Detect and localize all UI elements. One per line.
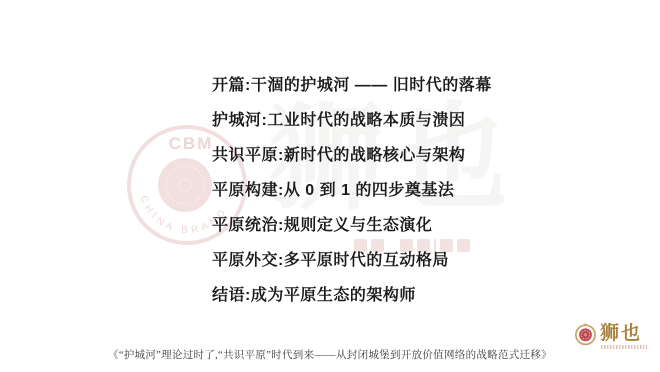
brand-logo-name: 狮也: [600, 323, 647, 344]
brand-logo: 狮也: [574, 323, 647, 349]
watermark-seal-core-pattern: [166, 166, 204, 204]
toc-item-plain-diplomacy: 平原外交:多平原时代的互动格局: [212, 243, 492, 278]
toc-item-consensus-plain: 共识平原:新时代的战略核心与架构: [212, 138, 492, 173]
slide-canvas: { "toc": { "items": [ "开篇:干涸的护城河 —— 旧时代的…: [0, 0, 660, 372]
toc-item-plain-governance: 平原统治:规则定义与生态演化: [212, 208, 492, 243]
toc-item-moat: 护城河:工业时代的战略本质与溃因: [212, 103, 492, 138]
toc-item-opening: 开篇:干涸的护城河 —— 旧时代的落幕: [212, 68, 492, 103]
article-title-caption: 《“护城河”理论过时了,“共识平原”时代到来——从封闭城堡到开放价值网络的战略范…: [0, 347, 660, 362]
brand-seal-icon: [574, 323, 597, 346]
watermark-seal-core-dot: [179, 179, 191, 191]
watermark-seal-top-label: CBM: [169, 134, 214, 153]
brand-seal-dot: [584, 333, 587, 336]
brand-logo-text-block: 狮也: [600, 323, 647, 349]
toc-list: 开篇:干涸的护城河 —— 旧时代的落幕 护城河:工业时代的战略本质与溃因 共识平…: [212, 68, 492, 313]
brand-logo-tagline: [601, 345, 647, 349]
toc-item-conclusion: 结语:成为平原生态的架构师: [212, 278, 492, 313]
toc-item-plain-building: 平原构建:从 0 到 1 的四步奠基法: [212, 173, 492, 208]
watermark-seal-core: [158, 158, 212, 212]
